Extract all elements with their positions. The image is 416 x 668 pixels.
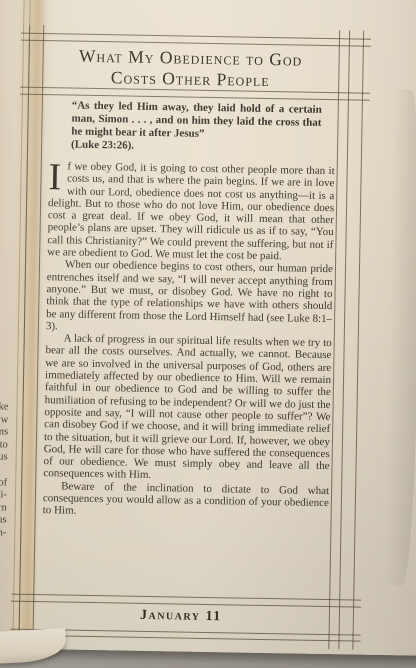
left-page-fragment: ke <box>0 401 9 414</box>
frame-line-horizontal <box>11 594 361 601</box>
body-paragraph: Beware of the inclination to dictate to … <box>43 480 330 522</box>
left-page-fragment: ns <box>0 426 8 439</box>
page-stack-edge <box>385 89 416 585</box>
page-curl-edge <box>0 628 67 664</box>
left-page-fragment <box>0 464 8 477</box>
left-page-border-line <box>12 0 24 649</box>
scripture-quote-text: “As they led Him away, they laid hold of… <box>71 100 322 140</box>
frame-line-vertical <box>338 30 350 649</box>
chapter-title: What My Obedience to God Costs Other Peo… <box>42 42 339 92</box>
book-photo: ke w ns to sus of cti- orn esus ain- Wha… <box>0 0 416 668</box>
left-page-fragment: ain- <box>0 527 6 540</box>
frame-line-horizontal <box>21 33 371 40</box>
left-page-fragment: sus <box>0 451 8 464</box>
body-paragraph: When our obedience begins to cost others… <box>46 259 333 338</box>
frame-line-vertical <box>352 31 364 650</box>
date-label: January 11 <box>140 608 222 624</box>
left-page-fragment: cti- <box>0 489 7 502</box>
body-paragraph: A lack of progress in our spiritual life… <box>43 332 332 485</box>
left-page-fragment: orn <box>0 502 7 515</box>
body-paragraph-text: f we obey God, it is going to cost other… <box>47 160 335 262</box>
left-page-fragment: of <box>0 477 7 490</box>
drop-cap: I <box>48 162 61 195</box>
left-page-fragment: esus <box>0 514 7 527</box>
scripture-reference: (Luke 23:26). <box>71 139 321 156</box>
date-label-box: January 11 <box>33 602 329 634</box>
left-page-fragment: to <box>0 439 8 452</box>
page-body: “As they led Him away, they laid hold of… <box>43 99 336 522</box>
body-paragraph: If we obey God, it is going to cost othe… <box>47 160 335 263</box>
book-page: ke w ns to sus of cti- orn esus ain- Wha… <box>0 0 416 656</box>
left-page-fragment: w <box>0 414 8 427</box>
scripture-quote: “As they led Him away, they laid hold of… <box>71 100 322 156</box>
